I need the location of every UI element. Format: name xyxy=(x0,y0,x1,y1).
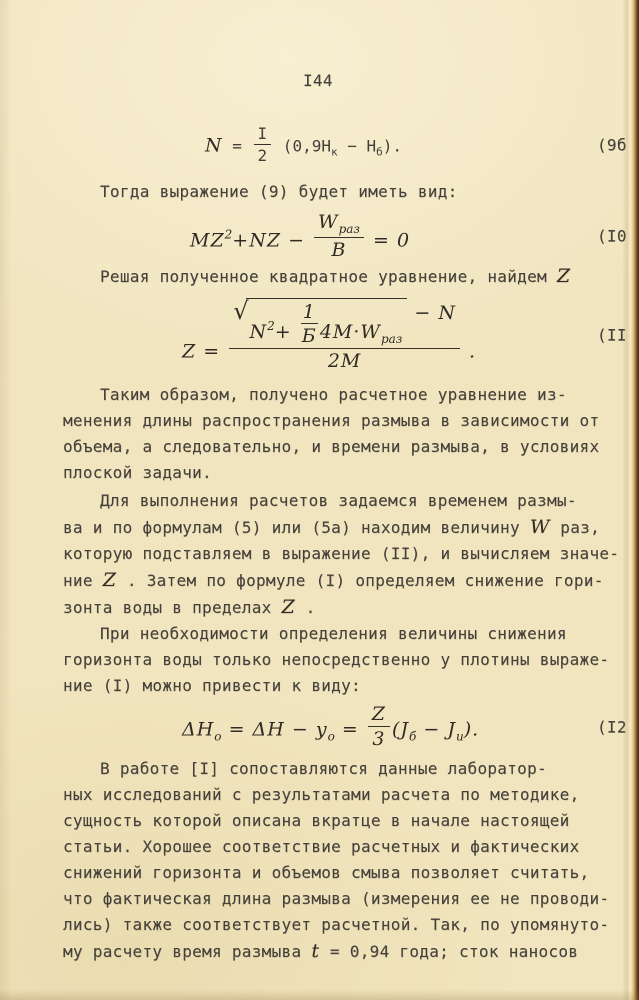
fraction-denominator: 2 xyxy=(254,145,272,165)
text-line: менения длины распространения размыва в … xyxy=(63,408,629,434)
equation-number: (I2) xyxy=(597,717,637,736)
text-run: = 0,94 года; сток наносов xyxy=(320,942,578,961)
text-line: ние Z . Затем по формуле (I) определяем … xyxy=(63,567,629,594)
text-run: ва и по формулам (5) или (5а) находим ве… xyxy=(63,518,530,537)
text-run: (0,9Н xyxy=(273,136,331,155)
fraction-numerator: I xyxy=(254,124,272,145)
fraction: I2 xyxy=(254,124,272,165)
equation-number: (II) xyxy=(597,326,637,345)
fraction-numerator: √N2+ 1Б4M·Wраз − N xyxy=(229,298,460,349)
equation-11: Z = √N2+ 1Б4M·Wраз − N2M .(II) xyxy=(63,298,629,372)
handwritten-subscript: и xyxy=(456,729,464,743)
handwritten-symbol: t xyxy=(311,940,320,962)
text-run: . xyxy=(296,598,316,617)
text-run: лись) также соответствует расчетной. Так… xyxy=(63,915,609,934)
handwritten-symbol: N xyxy=(205,134,223,156)
handwritten-symbol: Z xyxy=(372,703,386,725)
text-run: ). xyxy=(383,136,402,155)
text-line: которую подставляем в выражение (II), и … xyxy=(63,541,629,567)
text-run: сущность которой описана вкратце в начал… xyxy=(63,811,570,830)
handwritten-symbol: B xyxy=(332,239,347,261)
equation-10: MZ2+NZ − WразB = 0(I0) xyxy=(63,211,629,261)
text-run: горизонта воды только непосредственно у … xyxy=(63,650,609,669)
text-line: лись) также соответствует расчетной. Так… xyxy=(63,912,629,938)
equation-body: Z = √N2+ 1Б4M·Wраз − N2M . xyxy=(182,298,476,372)
page-bottom-edge-shadow xyxy=(0,989,639,1000)
handwritten-symbol: ΔH xyxy=(182,718,214,740)
handwritten-symbol: 1 xyxy=(303,301,316,323)
handwritten-subscript: o xyxy=(328,729,335,743)
text-line: горизонта воды только непосредственно у … xyxy=(63,647,629,673)
handwritten-symbol: 3 xyxy=(372,728,385,750)
text-run: что фактическая длина размыва (измерения… xyxy=(63,889,609,908)
handwritten-symbol: Б xyxy=(302,325,317,347)
subscript: к xyxy=(331,145,338,158)
paragraph-procedure: Для выполнения расчетов задаемся времене… xyxy=(63,488,629,621)
text-run: I xyxy=(258,124,268,143)
text-run: ние xyxy=(63,571,103,590)
paragraph-intro-11: Решая полученное квадратное уравнение, н… xyxy=(63,263,629,290)
handwritten-symbol: = 0 xyxy=(366,229,410,251)
square-root: √N2+ 1Б4M·Wраз xyxy=(233,298,407,347)
fraction-numerator: Z xyxy=(368,703,390,727)
fraction: √N2+ 1Б4M·Wраз − N2M xyxy=(229,298,460,372)
handwritten-subscript: o xyxy=(214,729,221,743)
handwritten-symbol: Z xyxy=(282,596,296,618)
handwritten-symbol: = xyxy=(335,718,366,740)
text-line: объема, а следовательно, и времени размы… xyxy=(63,434,629,460)
text-line: снижений горизонта и объемов смыва позво… xyxy=(63,860,629,886)
text-run: − Н xyxy=(338,136,377,155)
handwritten-symbol: + xyxy=(275,321,299,343)
text-run: . Затем по формуле (I) определяем снижен… xyxy=(117,571,604,590)
paragraph-comparison: В работе [I] сопоставляются данные лабор… xyxy=(63,756,629,965)
text-run: ных исследований с результатами расчета … xyxy=(63,785,580,804)
fraction-numerator: 1 xyxy=(301,301,318,324)
fraction-numerator: Wраз xyxy=(314,211,364,238)
text-run: ние (I) можно привести к виду: xyxy=(63,676,361,695)
text-run: статьи. Хорошее соответствие расчетных и… xyxy=(63,837,580,856)
handwritten-symbol: 2M xyxy=(328,350,362,372)
handwritten-symbol: W xyxy=(318,211,339,233)
handwritten-symbol: − J xyxy=(416,718,456,740)
scanned-page: I44N = I2 (0,9Нк − Нб).(9б)Тогда выражен… xyxy=(0,0,639,1000)
handwritten-symbol: (J xyxy=(392,718,409,740)
text-line: Тогда выражение (9) будет иметь вид: xyxy=(63,179,629,205)
text-line: При необходимости определения величины с… xyxy=(63,621,629,647)
subscript: б xyxy=(376,145,383,158)
text-line: В работе [I] сопоставляются данные лабор… xyxy=(63,756,629,782)
text-run: объема, а следовательно, и времени размы… xyxy=(63,437,599,456)
equation-body: ΔHo = ΔH − yo = Z3(Jб − Jи). xyxy=(182,703,479,750)
fraction-denominator: 2M xyxy=(229,349,460,372)
handwritten-symbol: Z xyxy=(557,265,571,287)
text-line: статьи. Хорошее соответствие расчетных и… xyxy=(63,834,629,860)
text-line: зонта воды в пределах Z . xyxy=(63,594,629,621)
text-run: Таким образом, получено расчетное уравне… xyxy=(100,385,567,404)
text-run: = xyxy=(223,136,252,155)
equation-body: MZ2+NZ − WразB = 0 xyxy=(190,211,410,261)
handwritten-symbol: = ΔH − y xyxy=(222,718,328,740)
text-run: снижений горизонта и объемов смыва позво… xyxy=(63,863,589,882)
fraction-denominator: B xyxy=(314,238,364,261)
text-line: Таким образом, получено расчетное уравне… xyxy=(63,382,629,408)
handwritten-symbol: N xyxy=(250,321,268,343)
equation-9b: N = I2 (0,9Нк − Нб).(9б) xyxy=(63,124,629,165)
handwritten-symbol: 4M·W xyxy=(320,321,381,343)
fraction: Z3 xyxy=(368,703,390,750)
equation-body: N = I2 (0,9Нк − Нб). xyxy=(205,124,402,165)
text-run: которую подставляем в выражение (II), и … xyxy=(63,544,619,563)
page-number: I44 xyxy=(303,68,629,94)
handwritten-superscript: 2 xyxy=(267,319,275,333)
page-content: I44N = I2 (0,9Нк − Нб).(9б)Тогда выражен… xyxy=(63,0,629,965)
text-line: Для выполнения расчетов задаемся времене… xyxy=(63,488,629,514)
text-run: раз, xyxy=(550,518,600,537)
equation-12: ΔHo = ΔH − yo = Z3(Jб − Jи).(I2) xyxy=(63,703,629,750)
text-run: менения длины распространения размыва в … xyxy=(63,411,599,430)
text-run: му расчету время размыва xyxy=(63,942,311,961)
handwritten-symbol: W xyxy=(530,516,551,538)
handwritten-subscript: раз xyxy=(381,332,402,346)
text-line: плоской задачи. xyxy=(63,460,629,486)
paragraph-necessity: При необходимости определения величины с… xyxy=(63,621,629,699)
radicand: N2+ 1Б4M·Wраз xyxy=(246,298,408,347)
handwritten-symbol: − N xyxy=(407,302,456,324)
fraction-denominator: 3 xyxy=(368,727,390,750)
fraction-denominator: Б xyxy=(301,324,318,347)
handwritten-symbol: +NZ − xyxy=(232,229,312,251)
handwritten-symbol: MZ xyxy=(190,229,225,251)
text-run: Решая полученное квадратное уравнение, н… xyxy=(100,267,557,286)
text-run: 2 xyxy=(258,146,268,165)
handwritten-subscript: раз xyxy=(339,222,360,236)
equation-number: (I0) xyxy=(597,227,637,246)
text-run: Тогда выражение (9) будет иметь вид: xyxy=(100,182,458,201)
text-line: что фактическая длина размыва (измерения… xyxy=(63,886,629,912)
text-run: При необходимости определения величины с… xyxy=(100,624,567,643)
text-run: В работе [I] сопоставляются данные лабор… xyxy=(100,759,547,778)
handwritten-symbol: Z xyxy=(103,569,117,591)
paragraph-conclusion: Таким образом, получено расчетное уравне… xyxy=(63,382,629,486)
text-run: плоской задачи. xyxy=(63,463,212,482)
fraction: 1Б xyxy=(301,301,318,347)
text-line: ва и по формулам (5) или (5а) находим ве… xyxy=(63,514,629,541)
text-line: Решая полученное квадратное уравнение, н… xyxy=(63,263,629,290)
handwritten-symbol: Z = xyxy=(182,340,227,362)
fraction: WразB xyxy=(314,211,364,261)
text-line: ние (I) можно привести к виду: xyxy=(63,673,629,699)
paragraph-intro-10: Тогда выражение (9) будет иметь вид: xyxy=(63,179,629,205)
handwritten-symbol: . xyxy=(462,340,476,362)
equation-number: (9б) xyxy=(597,135,637,154)
text-line: сущность которой описана вкратце в начал… xyxy=(63,808,629,834)
text-line: му расчету время размыва t = 0,94 года; … xyxy=(63,938,629,965)
text-run: зонта воды в пределах xyxy=(63,598,282,617)
text-line: ных исследований с результатами расчета … xyxy=(63,782,629,808)
handwritten-symbol: ). xyxy=(464,718,479,740)
page-left-edge-shadow xyxy=(0,0,12,1000)
text-run: Для выполнения расчетов задаемся времене… xyxy=(100,491,577,510)
